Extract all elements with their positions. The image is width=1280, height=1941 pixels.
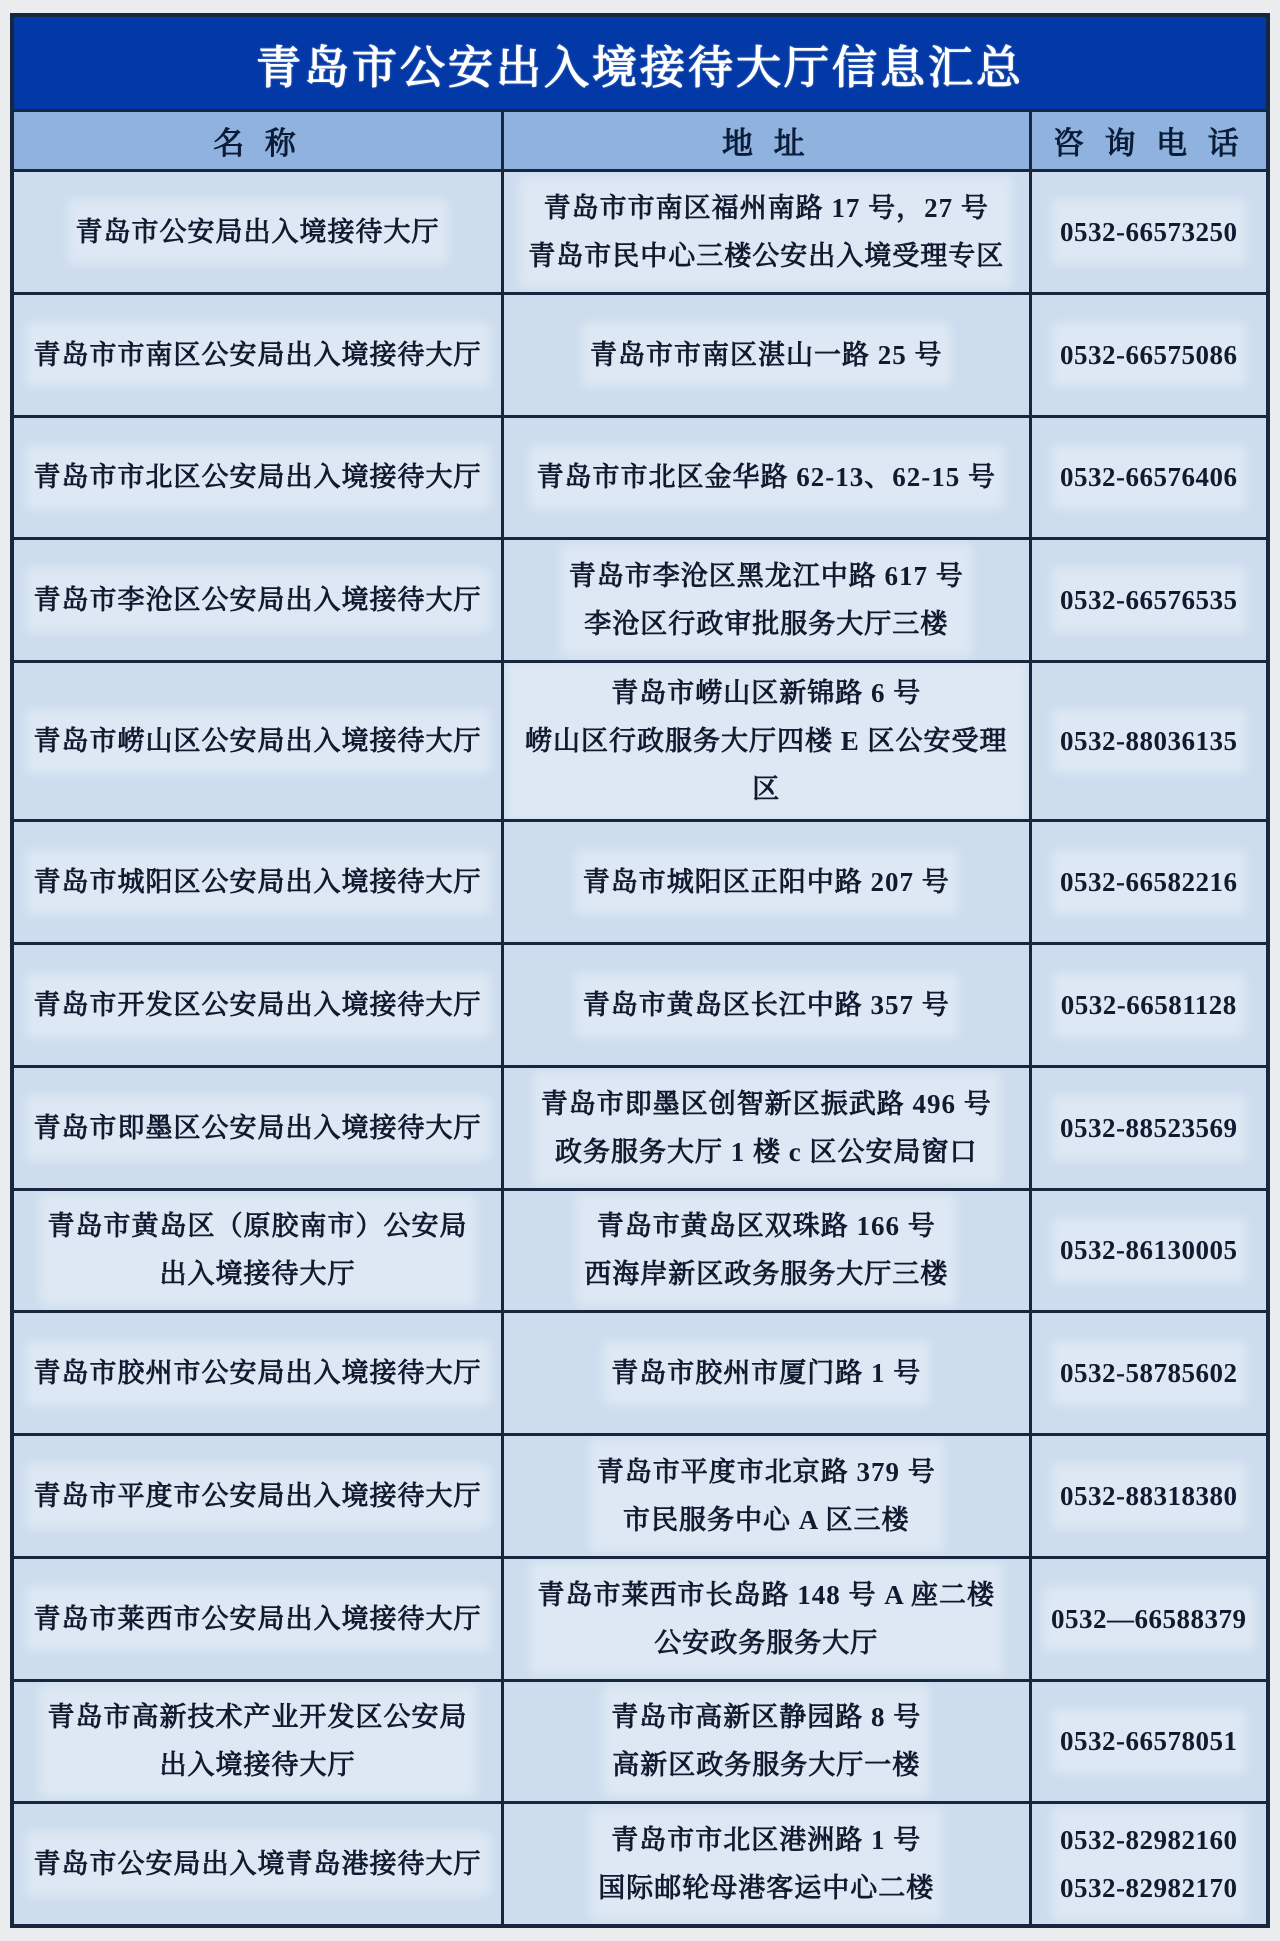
name-cell: 青岛市胶州市公安局出入境接待大厅	[14, 1313, 501, 1433]
facility-name: 青岛市开发区公安局出入境接待大厅	[34, 981, 482, 1029]
address-cell: 青岛市莱西市长岛路 148 号 A 座二楼 公安政务服务大厅	[504, 1559, 1029, 1679]
table-row: 青岛市城阳区公安局出入境接待大厅 青岛市城阳区正阳中路 207 号 0532-6…	[14, 822, 1266, 942]
address-cell: 青岛市崂山区新锦路 6 号 崂山区行政服务大厅四楼 E 区公安受理区	[504, 663, 1029, 819]
facility-address: 青岛市黄岛区双珠路 166 号 西海岸新区政务服务大厅三楼	[584, 1202, 948, 1298]
name-cell: 青岛市黄岛区（原胶南市）公安局 出入境接待大厅	[14, 1191, 501, 1311]
table-row: 青岛市即墨区公安局出入境接待大厅 青岛市即墨区创智新区振武路 496 号 政务服…	[14, 1068, 1266, 1188]
facility-name: 青岛市公安局出入境接待大厅	[76, 208, 440, 256]
facility-name: 青岛市即墨区公安局出入境接待大厅	[34, 1104, 482, 1152]
phone-cell: 0532-88036135	[1032, 663, 1266, 819]
facility-phone: 0532-66582216	[1060, 858, 1238, 906]
facility-address: 青岛市莱西市长岛路 148 号 A 座二楼 公安政务服务大厅	[538, 1571, 996, 1667]
phone-cell: 0532-86130005	[1032, 1191, 1266, 1311]
facility-name: 青岛市李沧区公安局出入境接待大厅	[34, 576, 482, 624]
table-row: 青岛市高新技术产业开发区公安局 出入境接待大厅 青岛市高新区静园路 8 号 高新…	[14, 1682, 1266, 1802]
facility-name: 青岛市市北区公安局出入境接待大厅	[34, 453, 482, 501]
table-row: 青岛市李沧区公安局出入境接待大厅 青岛市李沧区黑龙江中路 617 号 李沧区行政…	[14, 540, 1266, 660]
phone-cell: 0532-88318380	[1032, 1436, 1266, 1556]
address-cell: 青岛市市南区福州南路 17 号，27 号 青岛市民中心三楼公安出入境受理专区	[504, 172, 1029, 292]
facility-address: 青岛市市北区金华路 62-13、62-15 号	[537, 453, 996, 501]
address-cell: 青岛市黄岛区长江中路 357 号	[504, 945, 1029, 1065]
table-row: 青岛市公安局出入境青岛港接待大厅 青岛市市北区港洲路 1 号 国际邮轮母港客运中…	[14, 1804, 1266, 1924]
facility-name: 青岛市市南区公安局出入境接待大厅	[34, 331, 482, 379]
address-cell: 青岛市城阳区正阳中路 207 号	[504, 822, 1029, 942]
facility-address: 青岛市崂山区新锦路 6 号 崂山区行政服务大厅四楼 E 区公安受理区	[514, 669, 1019, 813]
phone-cell: 0532-66581128	[1032, 945, 1266, 1065]
page-title: 青岛市公安出入境接待大厅信息汇总	[256, 31, 1024, 96]
facility-address: 青岛市市南区福州南路 17 号，27 号 青岛市民中心三楼公安出入境受理专区	[528, 184, 1004, 280]
name-cell: 青岛市即墨区公安局出入境接待大厅	[14, 1068, 501, 1188]
facility-phone: 0532-88318380	[1060, 1472, 1238, 1520]
facility-address: 青岛市市南区湛山一路 25 号	[590, 331, 943, 379]
facility-phone: 0532-66575086	[1060, 331, 1238, 379]
name-cell: 青岛市城阳区公安局出入境接待大厅	[14, 822, 501, 942]
facility-phone: 0532-66576406	[1060, 453, 1238, 501]
address-cell: 青岛市胶州市厦门路 1 号	[504, 1313, 1029, 1433]
facility-name: 青岛市黄岛区（原胶南市）公安局 出入境接待大厅	[48, 1202, 468, 1298]
facility-address: 青岛市李沧区黑龙江中路 617 号 李沧区行政审批服务大厅三楼	[569, 552, 964, 648]
table-header-row: 名 称 地 址 咨 询 电 话	[14, 112, 1266, 169]
phone-cell: 0532-58785602	[1032, 1313, 1266, 1433]
facility-phone: 0532-66578051	[1060, 1717, 1238, 1765]
phone-cell: 0532-82982160 0532-82982170	[1032, 1804, 1266, 1924]
address-cell: 青岛市即墨区创智新区振武路 496 号 政务服务大厅 1 楼 c 区公安局窗口	[504, 1068, 1029, 1188]
facility-name: 青岛市城阳区公安局出入境接待大厅	[34, 858, 482, 906]
header-name: 名 称	[14, 112, 501, 169]
facility-phone: 0532-66573250	[1060, 208, 1238, 256]
table-row: 青岛市黄岛区（原胶南市）公安局 出入境接待大厅 青岛市黄岛区双珠路 166 号 …	[14, 1191, 1266, 1311]
address-cell: 青岛市李沧区黑龙江中路 617 号 李沧区行政审批服务大厅三楼	[504, 540, 1029, 660]
address-cell: 青岛市市北区港洲路 1 号 国际邮轮母港客运中心二楼	[504, 1804, 1029, 1924]
name-cell: 青岛市平度市公安局出入境接待大厅	[14, 1436, 501, 1556]
facility-address: 青岛市城阳区正阳中路 207 号	[583, 858, 950, 906]
header-address: 地 址	[504, 112, 1029, 169]
address-cell: 青岛市高新区静园路 8 号 高新区政务服务大厅一楼	[504, 1682, 1029, 1802]
name-cell: 青岛市莱西市公安局出入境接待大厅	[14, 1559, 501, 1679]
name-cell: 青岛市市南区公安局出入境接待大厅	[14, 295, 501, 415]
facility-address: 青岛市黄岛区长江中路 357 号	[583, 981, 950, 1029]
name-cell: 青岛市公安局出入境青岛港接待大厅	[14, 1804, 501, 1924]
facility-phone: 0532-86130005	[1060, 1226, 1238, 1274]
facility-address: 青岛市高新区静园路 8 号 高新区政务服务大厅一楼	[611, 1693, 921, 1789]
facility-name: 青岛市平度市公安局出入境接待大厅	[34, 1472, 482, 1520]
phone-cell: 0532-66578051	[1032, 1682, 1266, 1802]
facility-phone: 0532-82982160 0532-82982170	[1060, 1816, 1238, 1912]
phone-cell: 0532—66588379	[1032, 1559, 1266, 1679]
table-title-bar: 青岛市公安出入境接待大厅信息汇总	[14, 17, 1266, 109]
info-table: 青岛市公安出入境接待大厅信息汇总 名 称 地 址 咨 询 电 话 青岛市公安局出…	[10, 13, 1270, 1928]
address-cell: 青岛市市南区湛山一路 25 号	[504, 295, 1029, 415]
name-cell: 青岛市市北区公安局出入境接待大厅	[14, 418, 501, 538]
name-cell: 青岛市开发区公安局出入境接待大厅	[14, 945, 501, 1065]
facility-name: 青岛市高新技术产业开发区公安局 出入境接待大厅	[48, 1693, 468, 1789]
facility-name: 青岛市胶州市公安局出入境接待大厅	[34, 1349, 482, 1397]
address-cell: 青岛市平度市北京路 379 号 市民服务中心 A 区三楼	[504, 1436, 1029, 1556]
facility-phone: 0532—66588379	[1051, 1595, 1247, 1643]
table-row: 青岛市平度市公安局出入境接待大厅 青岛市平度市北京路 379 号 市民服务中心 …	[14, 1436, 1266, 1556]
facility-name: 青岛市莱西市公安局出入境接待大厅	[34, 1595, 482, 1643]
phone-cell: 0532-66575086	[1032, 295, 1266, 415]
phone-cell: 0532-66576535	[1032, 540, 1266, 660]
facility-address: 青岛市平度市北京路 379 号 市民服务中心 A 区三楼	[597, 1448, 936, 1544]
phone-cell: 0532-66576406	[1032, 418, 1266, 538]
facility-phone: 0532-66576535	[1060, 576, 1238, 624]
table-row: 青岛市公安局出入境接待大厅 青岛市市南区福州南路 17 号，27 号 青岛市民中…	[14, 172, 1266, 292]
name-cell: 青岛市崂山区公安局出入境接待大厅	[14, 663, 501, 819]
name-cell: 青岛市李沧区公安局出入境接待大厅	[14, 540, 501, 660]
table-row: 青岛市市北区公安局出入境接待大厅 青岛市市北区金华路 62-13、62-15 号…	[14, 418, 1266, 538]
phone-cell: 0532-88523569	[1032, 1068, 1266, 1188]
table-row: 青岛市莱西市公安局出入境接待大厅 青岛市莱西市长岛路 148 号 A 座二楼 公…	[14, 1559, 1266, 1679]
name-cell: 青岛市公安局出入境接待大厅	[14, 172, 501, 292]
table-row: 青岛市开发区公安局出入境接待大厅 青岛市黄岛区长江中路 357 号 0532-6…	[14, 945, 1266, 1065]
address-cell: 青岛市市北区金华路 62-13、62-15 号	[504, 418, 1029, 538]
phone-cell: 0532-66573250	[1032, 172, 1266, 292]
phone-cell: 0532-66582216	[1032, 822, 1266, 942]
facility-address: 青岛市市北区港洲路 1 号 国际邮轮母港客运中心二楼	[598, 1816, 934, 1912]
facility-phone: 0532-88523569	[1060, 1104, 1238, 1152]
table-row: 青岛市崂山区公安局出入境接待大厅 青岛市崂山区新锦路 6 号 崂山区行政服务大厅…	[14, 663, 1266, 819]
facility-address: 青岛市即墨区创智新区振武路 496 号 政务服务大厅 1 楼 c 区公安局窗口	[541, 1080, 992, 1176]
facility-name: 青岛市崂山区公安局出入境接待大厅	[34, 717, 482, 765]
header-phone: 咨 询 电 话	[1032, 112, 1266, 169]
facility-phone: 0532-58785602	[1060, 1349, 1238, 1397]
facility-phone: 0532-66581128	[1061, 981, 1237, 1029]
name-cell: 青岛市高新技术产业开发区公安局 出入境接待大厅	[14, 1682, 501, 1802]
facility-name: 青岛市公安局出入境青岛港接待大厅	[34, 1840, 482, 1888]
facility-phone: 0532-88036135	[1060, 717, 1238, 765]
address-cell: 青岛市黄岛区双珠路 166 号 西海岸新区政务服务大厅三楼	[504, 1191, 1029, 1311]
table-row: 青岛市胶州市公安局出入境接待大厅 青岛市胶州市厦门路 1 号 0532-5878…	[14, 1313, 1266, 1433]
facility-address: 青岛市胶州市厦门路 1 号	[611, 1349, 921, 1397]
table-row: 青岛市市南区公安局出入境接待大厅 青岛市市南区湛山一路 25 号 0532-66…	[14, 295, 1266, 415]
